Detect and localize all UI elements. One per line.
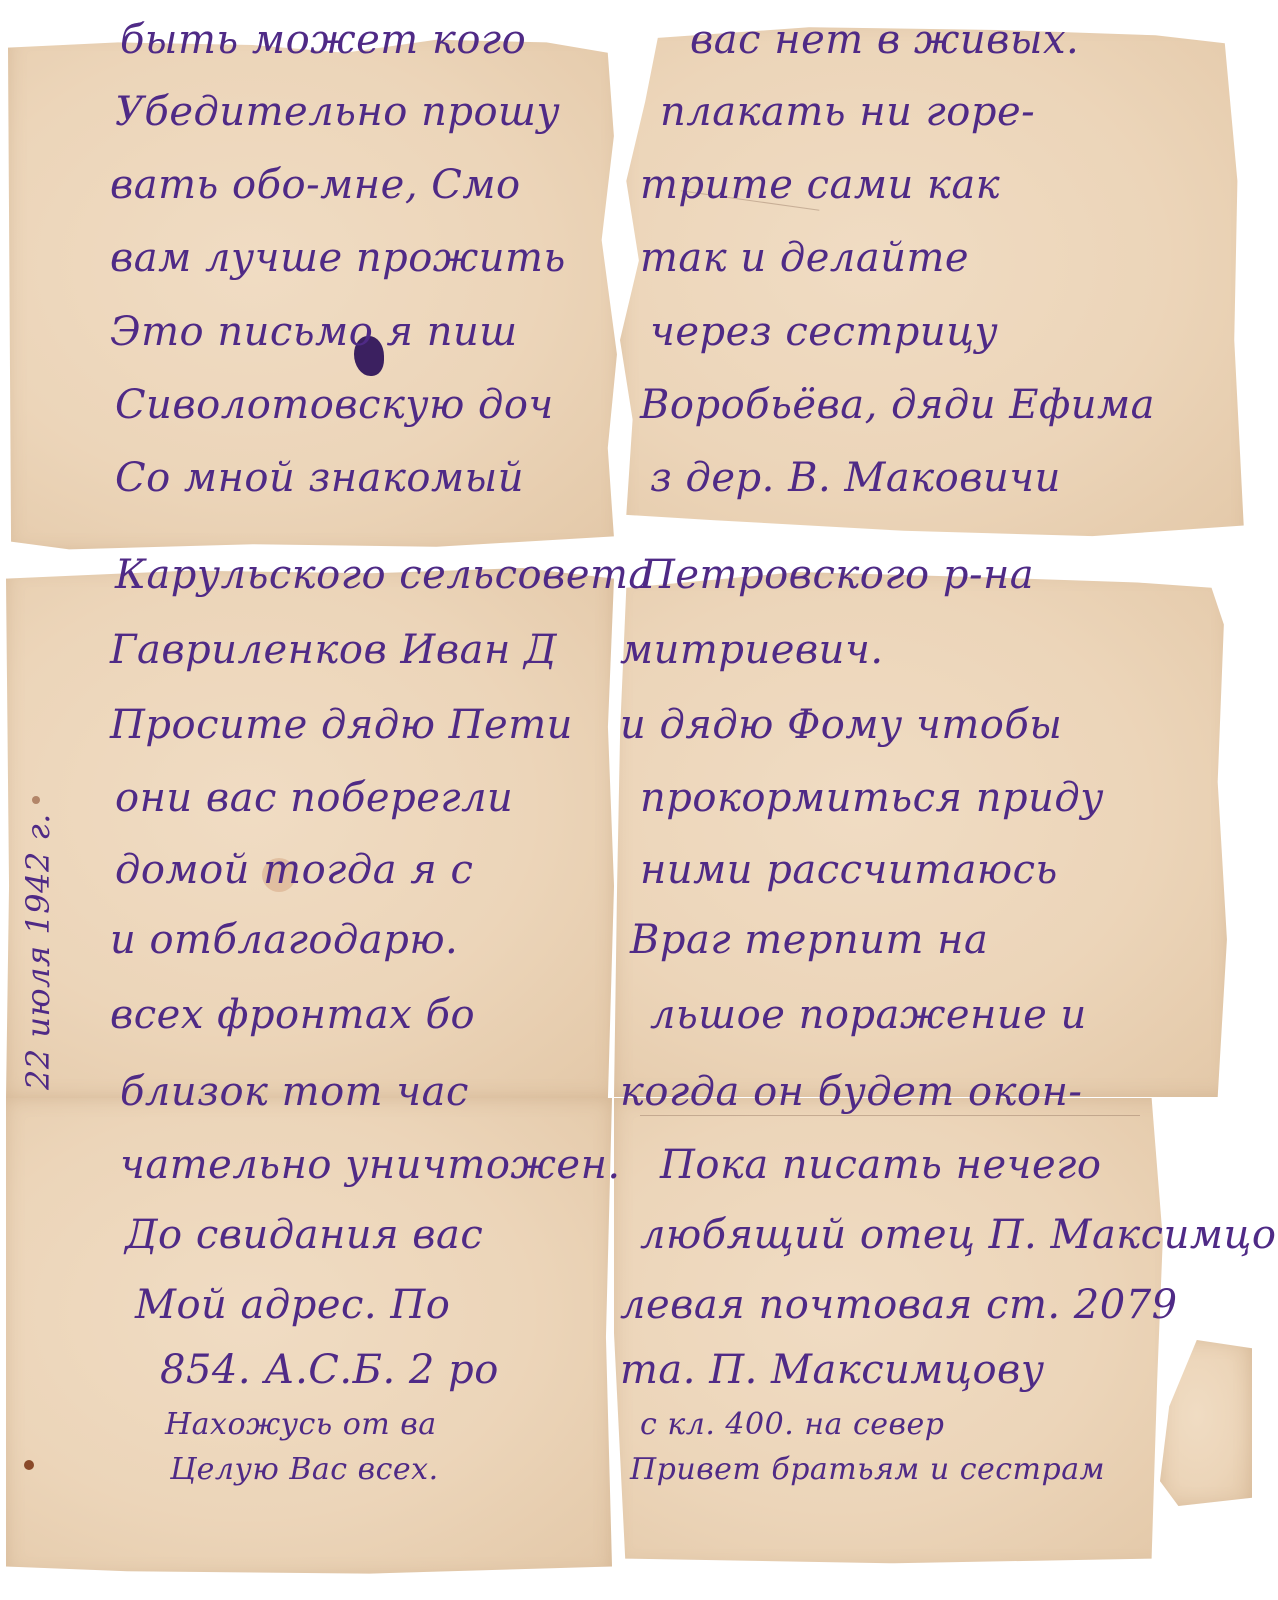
handwritten-line-right: Пока писать нечего (660, 1145, 1101, 1185)
stain (32, 796, 40, 804)
handwritten-line-right: трите сами как (640, 165, 1000, 205)
stain (24, 1460, 34, 1470)
handwritten-line-right: и дядю Фому чтобы (620, 705, 1062, 745)
handwritten-line-left: быть может кого (120, 20, 526, 60)
handwritten-line-right: з дер. В. Маковичи (650, 458, 1061, 498)
handwritten-line-left: Целую Вас всех. (170, 1455, 439, 1485)
handwritten-line-right: Привет братьям и сестрам (630, 1455, 1105, 1485)
margin-date: 22 июля 1942 г. (22, 813, 54, 1090)
paper-fragment-torn-tab (1160, 1340, 1252, 1506)
handwritten-line-left: Это письмо я пиш (110, 312, 518, 352)
handwritten-line-right: плакать ни горе- (660, 92, 1035, 132)
handwritten-line-left: Карульского сельсовета (115, 555, 653, 595)
handwritten-line-left: чательно уничтожен. (120, 1145, 621, 1185)
handwritten-line-left: близок тот час (120, 1072, 469, 1112)
handwritten-line-left: Убедительно прошу (115, 92, 560, 132)
handwritten-line-left: вать обо-мне, Смо (110, 165, 521, 205)
handwritten-line-right: льшое поражение и (650, 995, 1087, 1035)
handwritten-line-left: Гавриленков Иван Д (110, 630, 557, 670)
handwritten-line-right: через сестрицу (650, 312, 998, 352)
handwritten-line-left: Сиволотовскую доч (115, 385, 554, 425)
handwritten-line-left: 854. А.С.Б. 2 ро (160, 1350, 499, 1390)
handwritten-line-left: Со мной знакомый (115, 458, 524, 498)
handwritten-line-right: Воробьёва, дяди Ефима (640, 385, 1155, 425)
handwritten-line-left: домой тогда я с (115, 850, 473, 890)
handwritten-line-right: прокормиться приду (640, 778, 1104, 818)
handwritten-line-left: Просите дядю Пети (110, 705, 573, 745)
fold-line (640, 1115, 1140, 1116)
handwritten-line-right: любящий отец П. Максимцов (640, 1215, 1278, 1255)
handwritten-line-left: они вас поберегли (115, 778, 513, 818)
handwritten-line-right: ними рассчитаюсь (640, 850, 1058, 890)
handwritten-line-right: Петровского р-на (640, 555, 1034, 595)
handwritten-line-left: и отблагодарю. (110, 920, 458, 960)
handwritten-line-right: вас нет в живых. (690, 20, 1079, 60)
handwritten-line-left: Нахожусь от ва (165, 1410, 437, 1440)
handwritten-line-left: До свидания вас (125, 1215, 483, 1255)
handwritten-line-left: Мой адрес. По (135, 1285, 450, 1325)
handwritten-line-right: с кл. 400. на север (640, 1410, 944, 1440)
handwritten-line-right: когда он будет окон- (620, 1072, 1082, 1112)
handwritten-line-right: та. П. Максимцову (620, 1350, 1045, 1390)
handwritten-line-right: Враг терпит на (630, 920, 988, 960)
handwritten-line-right: митриевич. (620, 630, 884, 670)
handwritten-line-left: всех фронтах бо (110, 995, 475, 1035)
handwritten-line-right: так и делайте (640, 238, 969, 278)
handwritten-line-left: вам лучше прожить (110, 238, 566, 278)
handwritten-line-right: левая почтовая ст. 2079 (620, 1285, 1178, 1325)
